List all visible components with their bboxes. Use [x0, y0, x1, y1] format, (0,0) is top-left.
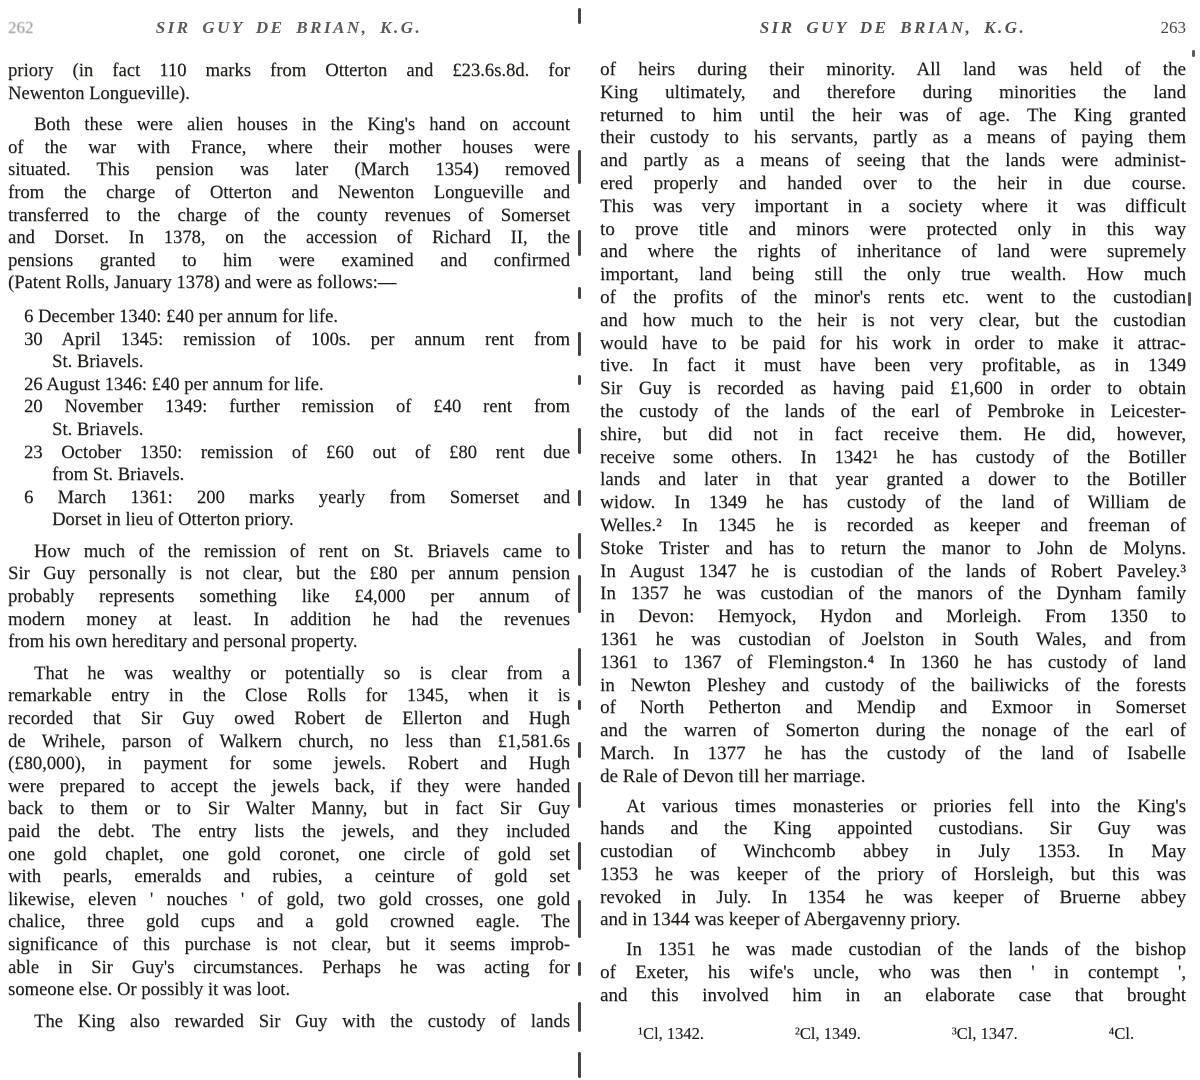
text-line: significance of this purchase is not cle…: [8, 934, 570, 957]
text-line: their custody to his servants, partly as…: [600, 127, 1186, 150]
scan-artifact-mark: [578, 575, 581, 613]
text-line: custodian of Winchcomb abbey in July 135…: [600, 841, 1186, 864]
scan-artifact-mark: [578, 533, 581, 559]
text-line: (Patent Rolls, January 1378) and were as…: [8, 272, 570, 295]
text-line: St. Briavels.: [8, 351, 570, 374]
page-left: 262 SIR GUY DE BRIAN, K.G. priory (in fa…: [8, 0, 570, 1033]
scan-artifact-mark: [578, 648, 581, 686]
page-right: SIR GUY DE BRIAN, K.G. 263 of heirs duri…: [600, 0, 1186, 1044]
text-line: 1361 he was custodian of Joelston in Sou…: [600, 629, 1186, 652]
text-line: paid the debt. The entry lists the jewel…: [8, 821, 570, 844]
scan-artifact-mark: [578, 150, 581, 184]
page-body-left: priory (in fact 110 marks from Otterton …: [8, 60, 570, 1033]
text-line: King ultimately, and therefore during mi…: [600, 82, 1186, 105]
text-line: 1361 to 1367 of Flemingston.⁴ In 1360 he…: [600, 652, 1186, 675]
text-line: 6 December 1340: £40 per annum for life.: [8, 306, 570, 329]
text-line: likewise, eleven ' nouches ' of gold, tw…: [8, 889, 570, 912]
text-line: the custody of the lands of the earl of …: [600, 401, 1186, 424]
scan-artifact-mark: [578, 287, 581, 299]
text-line: receive some others. In 1342¹ he has cus…: [600, 447, 1186, 470]
scan-artifact-mark: [578, 842, 581, 870]
text-line: priory (in fact 110 marks from Otterton …: [8, 60, 570, 83]
text-line: important, land being still the only tru…: [600, 264, 1186, 287]
text-line: Stoke Trister and has to return the mano…: [600, 538, 1186, 561]
paragraph: That he was wealthy or potentially so is…: [8, 663, 570, 1002]
running-head-right: SIR GUY DE BRIAN, K.G.: [660, 18, 1126, 38]
text-line: Dorset in lieu of Otterton priory.: [8, 509, 570, 532]
text-line: This was very important in a society whe…: [600, 196, 1186, 219]
text-line: and this involved him in an elaborate ca…: [600, 985, 1186, 1008]
text-line: 20 November 1349: further remission of £…: [8, 396, 570, 419]
text-line: revoked in July. In 1354 he was keeper o…: [600, 887, 1186, 910]
text-line: chalice, three gold cups and a gold crow…: [8, 911, 570, 934]
text-line: returned to him until the heir was of ag…: [600, 105, 1186, 128]
text-line: of North Petherton and Mendip and Exmoor…: [600, 697, 1186, 720]
text-line: March. In 1377 he has the custody of the…: [600, 743, 1186, 766]
text-line: (£80,000), in payment for some jewels. R…: [8, 753, 570, 776]
scan-artifact-mark: [578, 375, 581, 385]
text-line: Newenton Longueville).: [8, 83, 570, 106]
footnotes-row: ¹Cl, 1342.²Cl, 1349.³Cl, 1347.⁴Cl.: [600, 1024, 1186, 1044]
text-line: St. Briavels.: [8, 419, 570, 442]
text-line: At various times monasteries or priories…: [600, 796, 1186, 819]
text-line: of heirs during their minority. All land…: [600, 59, 1186, 82]
text-line: and how much to the heir is not very cle…: [600, 310, 1186, 333]
text-line: Welles.² In 1345 he is recorded as keepe…: [600, 515, 1186, 538]
text-line: and where the rights of inheritance of l…: [600, 241, 1186, 264]
pension-entry: 26 August 1346: £40 per annum for life.: [8, 374, 570, 397]
text-line: widow. In 1349 he has custody of the lan…: [600, 492, 1186, 515]
text-line: from the charge of Otterton and Newenton…: [8, 182, 570, 205]
text-line: Sir Guy personally is not clear, but the…: [8, 563, 570, 586]
text-line: remarkable entry in the Close Rolls for …: [8, 685, 570, 708]
pension-entry: 6 December 1340: £40 per annum for life.: [8, 306, 570, 329]
text-line: 1353 he was keeper of the priory of Hors…: [600, 864, 1186, 887]
text-line: tive. In fact it must have been very pro…: [600, 355, 1186, 378]
text-line: ered properly and handed over to the hei…: [600, 173, 1186, 196]
text-line: Both these were alien houses in the King…: [8, 114, 570, 137]
text-line: of Exeter, his wife's uncle, who was the…: [600, 962, 1186, 985]
text-line: shire, but did not in fact receive them.…: [600, 424, 1186, 447]
scan-artifact-mark: [1188, 292, 1191, 306]
text-line: one gold chaplet, one gold coronet, one …: [8, 844, 570, 867]
paragraph: How much of the remission of rent on St.…: [8, 541, 570, 654]
text-line: pensions granted to him were examined an…: [8, 250, 570, 273]
text-line: to prove title and minors were protected…: [600, 219, 1186, 242]
scan-artifact-mark: [578, 428, 581, 454]
scan-artifact-mark: [578, 490, 581, 506]
text-line: and Dorset. In 1378, on the accession of…: [8, 227, 570, 250]
scan-artifact-mark: [578, 332, 581, 356]
footnote: ⁴Cl.: [1109, 1024, 1134, 1044]
scan-artifact-mark: [578, 8, 581, 24]
footnote: ¹Cl, 1342.: [638, 1024, 704, 1044]
text-line: from his own hereditary and personal pro…: [8, 631, 570, 654]
text-line: would have to be paid for his work in or…: [600, 333, 1186, 356]
text-line: in Devon: Hemyock, Hydon and Morleigh. F…: [600, 606, 1186, 629]
text-line: de Rale of Devon till her marriage.: [600, 766, 1186, 789]
footnote: ²Cl, 1349.: [795, 1024, 861, 1044]
pension-entry: 20 November 1349: further remission of £…: [8, 396, 570, 441]
pension-entry: 6 March 1361: 200 marks yearly from Some…: [8, 487, 570, 532]
text-line: transferred to the charge of the county …: [8, 205, 570, 228]
text-line: someone else. Or possibly it was loot.: [8, 979, 570, 1002]
pension-list: 6 December 1340: £40 per annum for life.…: [8, 306, 570, 532]
text-line: from St. Briavels.: [8, 464, 570, 487]
scan-artifact-mark: [578, 1002, 581, 1032]
text-line: In August 1347 he is custodian of the la…: [600, 561, 1186, 584]
text-line: of the profits of the minor's rents etc.…: [600, 287, 1186, 310]
paragraph: priory (in fact 110 marks from Otterton …: [8, 60, 570, 105]
scan-artifact-mark: [578, 742, 581, 758]
paragraph: At various times monasteries or priories…: [600, 796, 1186, 933]
text-line: recorded that Sir Guy owed Robert de Ell…: [8, 708, 570, 731]
scan-artifact-mark: [578, 1052, 581, 1078]
text-line: How much of the remission of rent on St.…: [8, 541, 570, 564]
text-line: in Newton Pleshey and custody of the bai…: [600, 675, 1186, 698]
scan-artifact-mark: [578, 230, 581, 256]
text-line: and in 1344 was keeper of Abergavenny pr…: [600, 909, 1186, 932]
pension-entry: 23 October 1350: remission of £60 out of…: [8, 442, 570, 487]
text-line: of the war with France, where their moth…: [8, 137, 570, 160]
text-line: with pearls, emeralds and rubies, a cein…: [8, 866, 570, 889]
text-line: 26 August 1346: £40 per annum for life.: [8, 374, 570, 397]
text-line: lands and later in that year granted a d…: [600, 469, 1186, 492]
page-header-right: SIR GUY DE BRIAN, K.G. 263: [600, 0, 1186, 52]
footnote: ³Cl, 1347.: [952, 1024, 1018, 1044]
text-line: hands and the King appointed custodians.…: [600, 818, 1186, 841]
text-line: 6 March 1361: 200 marks yearly from Some…: [8, 487, 570, 510]
text-line: Sir Guy is recorded as having paid £1,60…: [600, 378, 1186, 401]
scan-artifact-mark: [1192, 50, 1195, 57]
paragraph: In 1351 he was made custodian of the lan…: [600, 939, 1186, 1007]
scan-artifact-mark: [578, 962, 581, 976]
page-body-right: of heirs during their minority. All land…: [600, 59, 1186, 1008]
text-line: In 1357 he was custodian of the manors o…: [600, 583, 1186, 606]
text-line: In 1351 he was made custodian of the lan…: [600, 939, 1186, 962]
text-line: able in Sir Guy's circumstances. Perhaps…: [8, 957, 570, 980]
text-line: That he was wealthy or potentially so is…: [8, 663, 570, 686]
page-header-left: 262 SIR GUY DE BRIAN, K.G.: [8, 0, 570, 52]
text-line: probably represents something like £4,00…: [8, 586, 570, 609]
text-line: modern money at least. In addition he ha…: [8, 609, 570, 632]
page-number-right: 263: [1126, 18, 1186, 38]
text-line: and partly as a means of seeing that the…: [600, 150, 1186, 173]
text-line: back to them or to Sir Walter Manny, but…: [8, 798, 570, 821]
scan-artifact-mark: [578, 782, 581, 808]
page-gutter: [577, 0, 581, 1080]
paragraph: The King also rewarded Sir Guy with the …: [8, 1011, 570, 1034]
text-line: and the warren of Somerton during the no…: [600, 720, 1186, 743]
book-scan: 262 SIR GUY DE BRIAN, K.G. priory (in fa…: [0, 0, 1200, 1080]
scan-artifact-mark: [578, 700, 581, 710]
scan-artifact-mark: [578, 900, 581, 938]
page-number-left: 262: [8, 18, 68, 38]
pension-entry: 30 April 1345: remission of 100s. per an…: [8, 329, 570, 374]
running-head-left: SIR GUY DE BRIAN, K.G.: [68, 18, 510, 38]
text-line: The King also rewarded Sir Guy with the …: [8, 1011, 570, 1034]
paragraph: of heirs during their minority. All land…: [600, 59, 1186, 789]
text-line: de Wrihele, parson of Walkern church, no…: [8, 731, 570, 754]
text-line: 23 October 1350: remission of £60 out of…: [8, 442, 570, 465]
text-line: situated. This pension was later (March …: [8, 159, 570, 182]
paragraph: Both these were alien houses in the King…: [8, 114, 570, 295]
text-line: 30 April 1345: remission of 100s. per an…: [8, 329, 570, 352]
text-line: were prepared to accept the jewels back,…: [8, 776, 570, 799]
